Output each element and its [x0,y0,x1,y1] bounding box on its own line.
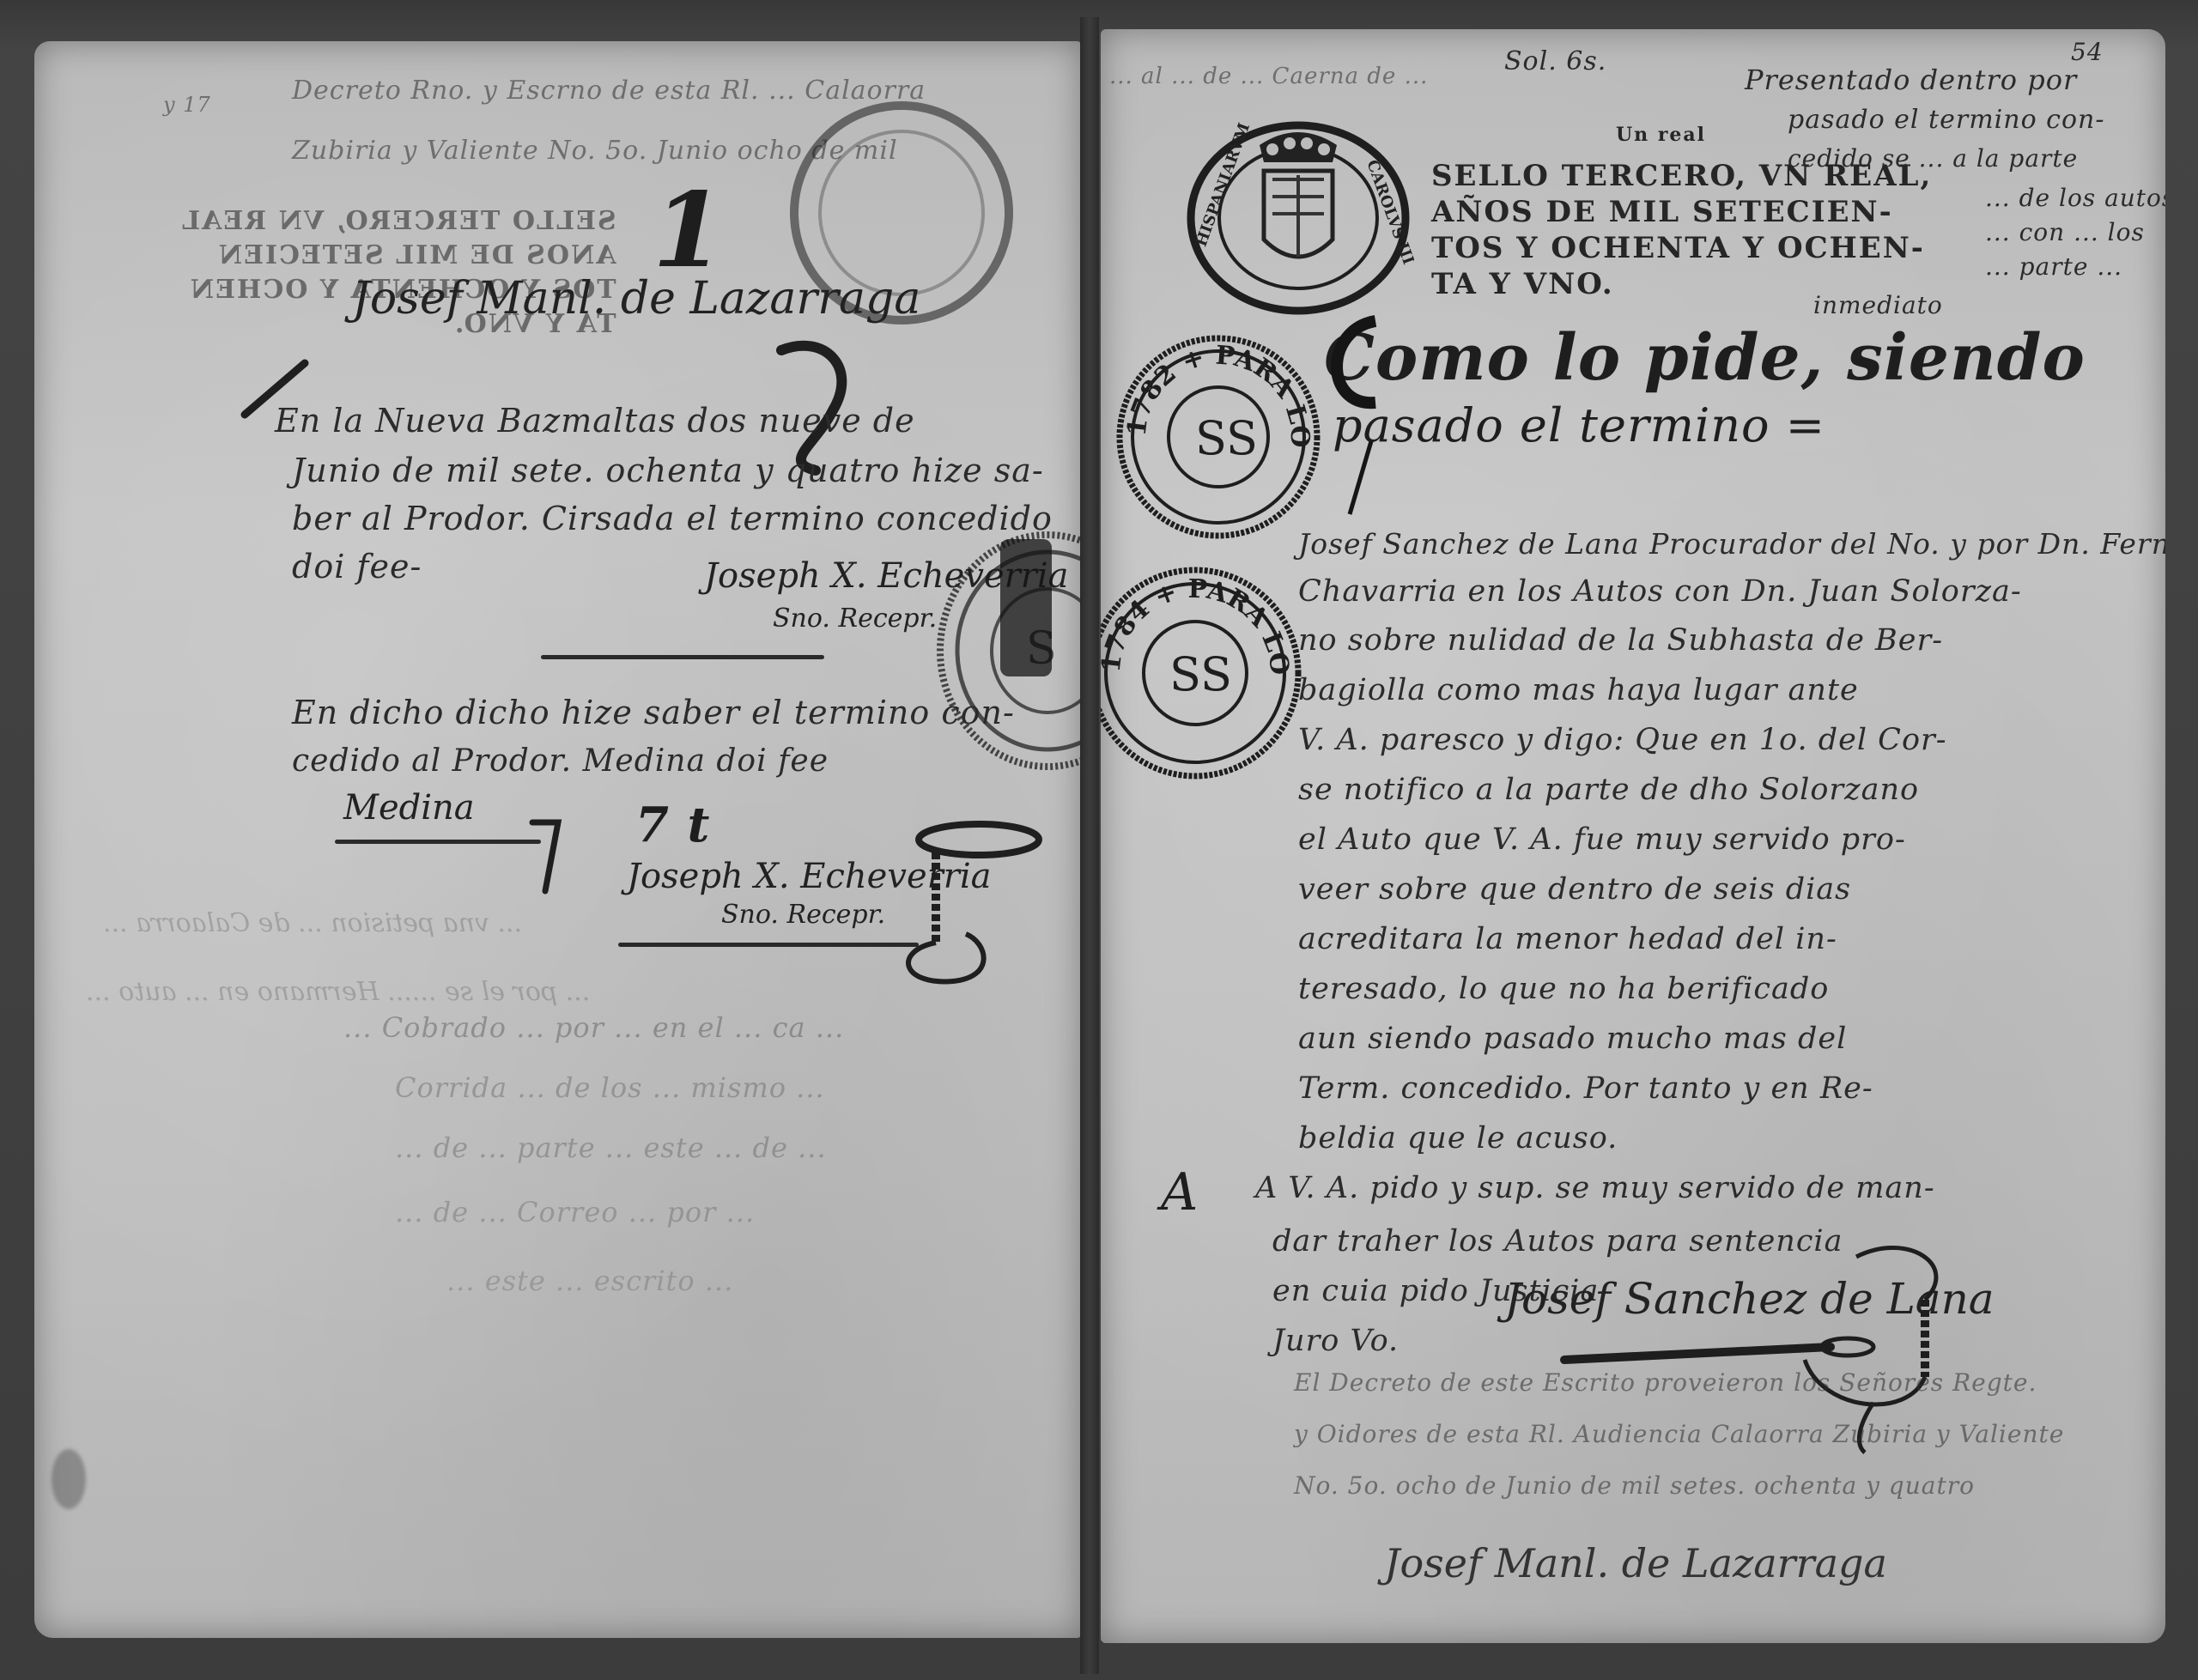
faded-line: ... de ... Correo ... por ... [395,1196,755,1228]
signature-top: Josef Manl. de Lazarraga [352,273,920,324]
faded-line: ... Cobrado ... por ... en el ... ca ... [343,1011,844,1044]
decree-flourish-icon [1324,312,1401,519]
mirrored-stamp-line: SELLO TERCERO, VN REAL [180,204,616,239]
ink-stain [52,1449,86,1509]
faded-line: ... de ... parte ... este ... de ... [395,1131,827,1164]
prayer-line: Juro Vo. [1272,1324,1399,1358]
footer-line: y Oidores de esta Rl. Audiencia Calaorra… [1294,1420,2064,1448]
petition-line: acreditara la menor hedad del in- [1298,922,1837,956]
margin-decree-line: ... de los autos [1985,184,2165,212]
printed-header: SELLO TERCERO, VN REAL, AÑOS DE MIL SETE… [1431,158,1932,302]
petition-line: beldia que le acuso. [1298,1121,1618,1155]
svg-text:SS: SS [1195,411,1258,465]
petition-line: se notifico a la parte de dho Solorzano [1298,773,1919,807]
petition-line: teresado, lo que no ha berificado [1298,972,1829,1006]
seal-stamp-icon: S [919,522,1082,779]
signature-1-underline [541,655,824,659]
printed-header-line: AÑOS DE MIL SETECIEN- [1431,194,1932,230]
book-gutter [1080,17,1099,1674]
paragraph2-line: En dicho dicho hize saber el termino con… [292,694,1015,731]
bleed-line: ... vna petision ... de Calaorra ... [103,908,522,938]
petition-line: no sobre nulidad de la Subhasta de Ber- [1298,623,1943,658]
prayer-mark: A [1161,1162,1199,1222]
signature-3-underline [618,943,919,947]
faded-line: ... este ... escrito ... [446,1265,733,1297]
prayer-line: A V. A. pido y sup. se muy servido de ma… [1255,1171,1935,1205]
petition-line: bagiolla como mas haya lugar ante [1298,673,1859,707]
petition-line: Josef Sanchez de Lana Procurador del No.… [1298,527,2165,561]
left-page: ... vna petision ... de Calaorra ... ...… [34,41,1082,1638]
margin-decree-line: Presentado dentro por [1745,64,2077,96]
bleed-line: ... por el se ...... Hermano en ... auto… [86,977,590,1007]
paragraph1-line: En la Nueva Bazmaltas dos nueve de [275,402,915,440]
petition-line: aun siendo pasado mucho mas del [1298,1022,1847,1056]
petition-line: el Auto que V. A. fue muy servido pro- [1298,822,1906,857]
stamp-caption: Un real [1616,124,1706,146]
signature-3-flourish-icon [884,814,1056,994]
signature-footer: Josef Manl. de Lazarraga [1384,1540,1887,1586]
svg-text:SS: SS [1169,647,1232,701]
signature-1-title: Sno. Recepr. [773,603,937,634]
folio-number: 54 [2071,38,2104,66]
decree-line: Como lo pide, siendo [1324,321,2086,395]
top-margin-marks: y 17 [163,93,211,117]
paragraph1-line: doi fee- [292,548,422,585]
petition-line: Term. concedido. Por tanto y en Re- [1298,1071,1873,1106]
seal-1784-icon: 1784 + PARA LOS ANOS DE 1784 Y SS [1101,561,1307,785]
printed-header-line: SELLO TERCERO, VN REAL, [1431,158,1932,194]
royal-seal-icon: HISPANIARVM CAROLVS III [1182,111,1414,317]
margin-decree-line: pasado el termino con- [1788,105,2105,135]
paragraph2-line: cedido al Prodor. Medina doi fee [292,743,829,779]
signature-2-name: Medina [343,788,475,828]
top-left-note: ... al ... de ... Caerna de ... [1109,64,1428,89]
seal-1782-icon: 1782 + PARA LOS ANOS 1781 Y SS [1111,330,1326,544]
footer-line: El Decreto de este Escrito proveieron lo… [1294,1368,2037,1397]
mirrored-stamp-line: ANOS DE MIL SETECIEN [180,239,616,273]
paragraph1-line: Junio de mil sete. ochenta y quatro hize… [292,452,1044,489]
printed-header-line: TA Y VNO. [1431,266,1932,302]
petition-line: V. A. paresco y digo: Que en 1o. del Cor… [1298,723,1947,757]
signature-3-title: Sno. Recepr. [721,900,885,930]
top-center-note: Sol. 6s. [1504,46,1606,76]
signature-2-underline [335,840,541,844]
decree-line: pasado el termino = [1333,398,1825,452]
faded-line: Corrida ... de los ... mismo ... [395,1071,825,1104]
printed-header-line: TOS Y OCHENTA Y OCHEN- [1431,230,1932,266]
margin-decree-line: ... con ... los [1985,218,2145,246]
petition-line: veer sobre que dentro de seis dias [1298,872,1851,907]
margin-decree-line: ... parte ... [1985,252,2122,281]
petition-line: Chavarria en los Autos con Dn. Juan Solo… [1298,574,2022,609]
right-page: ... al ... de ... Caerna de ... Sol. 6s.… [1101,29,2165,1643]
footer-line: No. 5o. ocho de Junio de mil setes. oche… [1294,1471,1975,1500]
signature-2-flourish-icon [524,814,575,900]
signature-2-marks: 7 t [635,797,710,853]
